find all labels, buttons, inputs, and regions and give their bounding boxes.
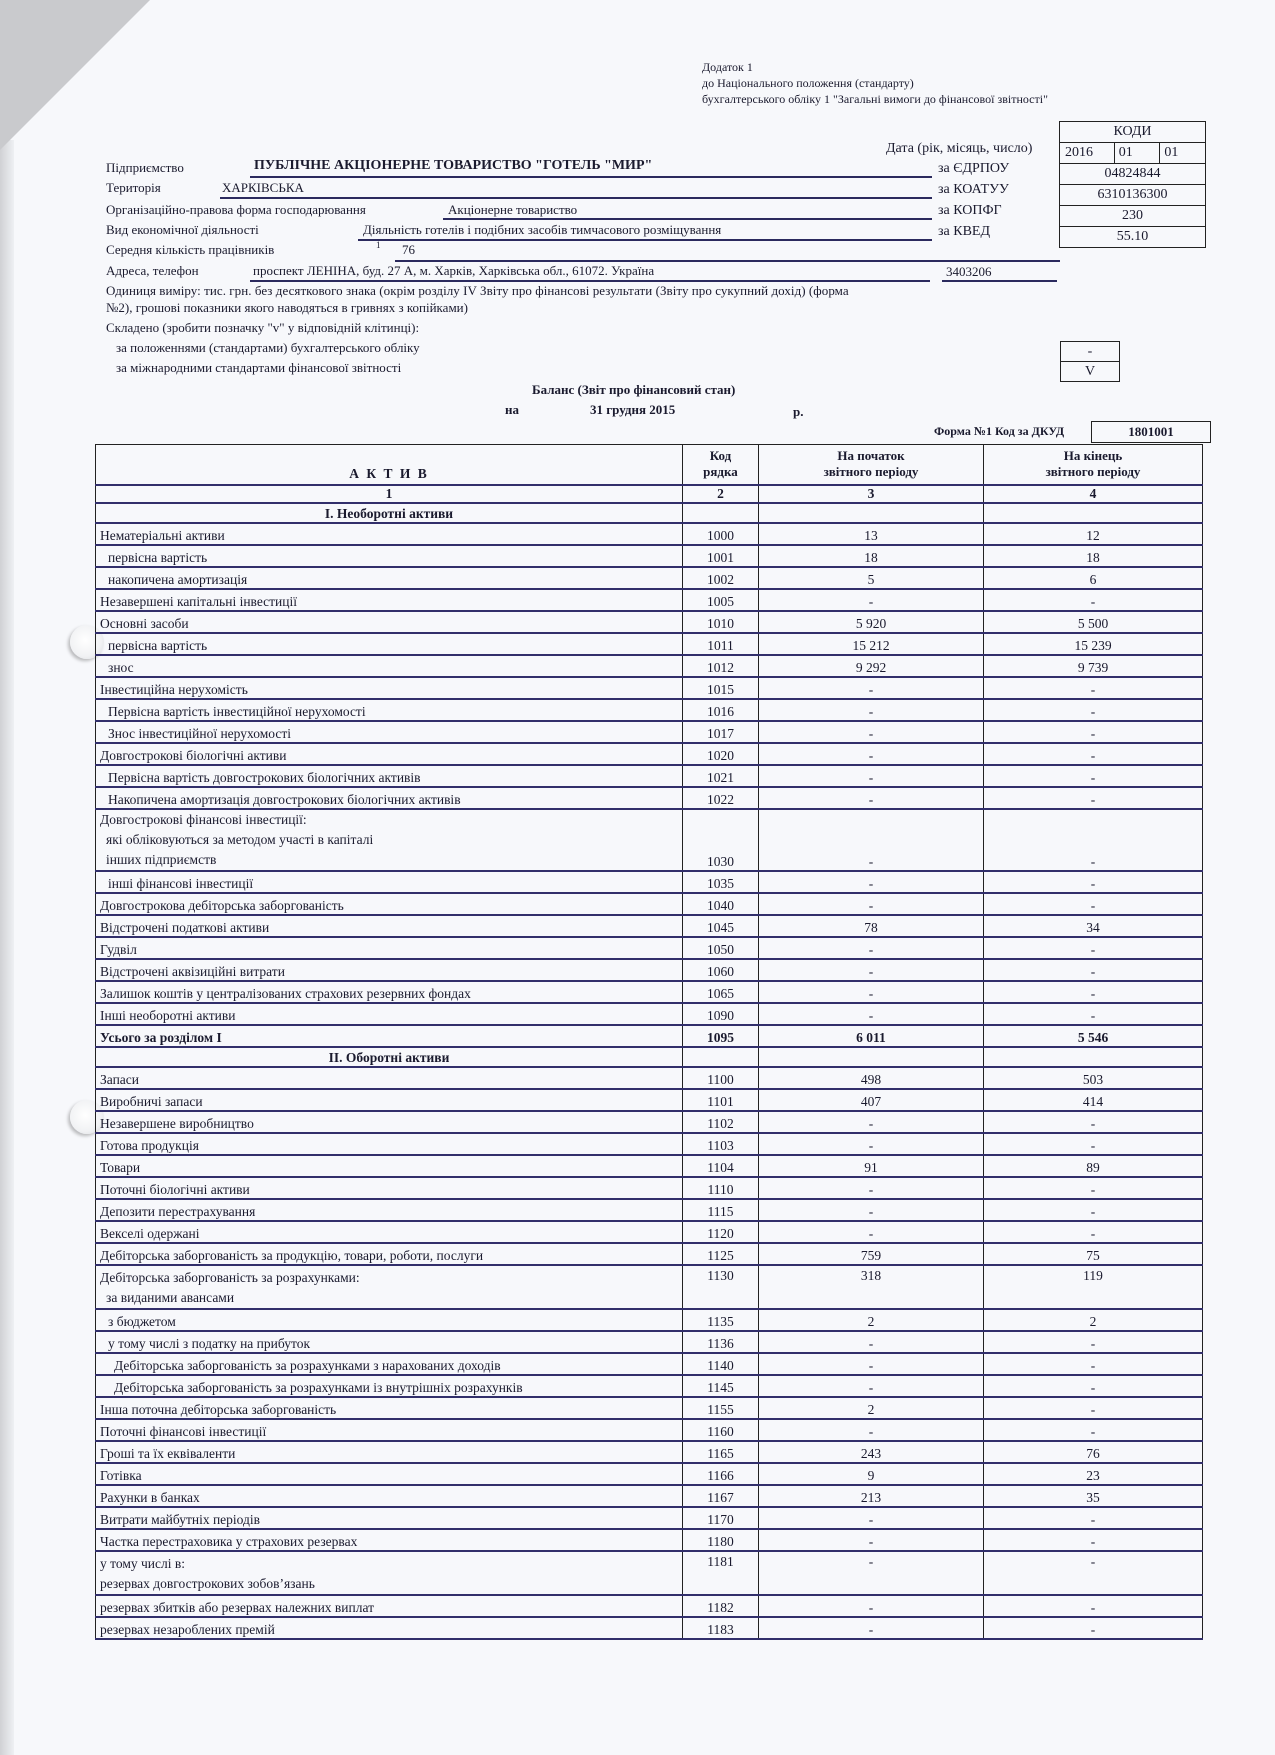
- row-code: 1183: [683, 1617, 759, 1639]
- table-row: Готівка1166923: [96, 1463, 1203, 1485]
- start-value: 5: [759, 567, 984, 589]
- row-label: Довгострокові біологічні активи: [96, 743, 683, 765]
- end-value: 34: [984, 915, 1203, 937]
- col-number-1: 1: [96, 485, 683, 503]
- balance-table-body: І. Необоротні активиНематеріальні активи…: [96, 503, 1203, 1639]
- table-row: Інша поточна дебіторська заборгованість1…: [96, 1397, 1203, 1419]
- legal-form-underline: [443, 218, 932, 220]
- row-label: первісна вартість: [96, 633, 683, 655]
- legal-form-label: Організаційно-правова форма господарюван…: [106, 202, 366, 218]
- table-row: Первісна вартість інвестиційної нерухомо…: [96, 699, 1203, 721]
- table-row: Усього за розділом І10956 0115 546: [96, 1025, 1203, 1047]
- territory-underline: [220, 197, 932, 199]
- end-value: -: [984, 1397, 1203, 1419]
- koatuu-code: 6310136300: [1060, 185, 1205, 205]
- table-row: Дебіторська заборгованість за розрахунка…: [96, 1265, 1203, 1309]
- start-value: -: [759, 1221, 984, 1243]
- start-value: -: [759, 1331, 984, 1353]
- table-row: Готова продукція1103--: [96, 1133, 1203, 1155]
- territory-value: ХАРКІВСЬКА: [222, 180, 304, 196]
- table-row: Виробничі запаси1101407414: [96, 1089, 1203, 1111]
- start-value: -: [759, 1595, 984, 1617]
- col-header-code-l1: Код: [687, 448, 754, 464]
- table-row: у тому числі в:резервах довгострокових з…: [96, 1551, 1203, 1595]
- start-value: -: [759, 1353, 984, 1375]
- row-code: 1050: [683, 937, 759, 959]
- table-row: знос10129 2929 739: [96, 655, 1203, 677]
- row-label: Готова продукція: [96, 1133, 683, 1155]
- row-label: Усього за розділом І: [96, 1025, 683, 1047]
- row-code: 1110: [683, 1177, 759, 1199]
- row-label: Дебіторська заборгованість за розрахунка…: [96, 1375, 683, 1397]
- table-row: Дебіторська заборгованість за розрахунка…: [96, 1353, 1203, 1375]
- report-date-on: на: [505, 402, 519, 418]
- start-value: -: [759, 1133, 984, 1155]
- table-row: Витрати майбутніх періодів1170--: [96, 1507, 1203, 1529]
- end-value: 76: [984, 1441, 1203, 1463]
- row-code: 1136: [683, 1331, 759, 1353]
- address-value: проспект ЛЕНІНА, буд. 27 А, м. Харків, Х…: [253, 263, 654, 279]
- row-label: Знос інвестиційної нерухомості: [96, 721, 683, 743]
- row-label: накопичена амортизація: [96, 567, 683, 589]
- compiled-option-ifrs: за міжнародними стандартами фінансової з…: [116, 360, 401, 376]
- report-year-suffix: р.: [793, 404, 803, 420]
- row-code: 1035: [683, 871, 759, 893]
- table-row: Частка перестраховика у страхових резерв…: [96, 1529, 1203, 1551]
- row-code: 1021: [683, 765, 759, 787]
- end-value: -: [984, 937, 1203, 959]
- start-value: 78: [759, 915, 984, 937]
- row-code: 1011: [683, 633, 759, 655]
- units-line-1: Одиниця виміру: тис. грн. без десятковог…: [106, 283, 849, 299]
- enterprise-label: Підприємство: [106, 160, 184, 176]
- col-header-end-l2: звітного періоду: [988, 464, 1198, 480]
- row-label: Первісна вартість довгострокових біологі…: [96, 765, 683, 787]
- start-value: -: [759, 981, 984, 1003]
- row-label: Дебіторська заборгованість за розрахунка…: [96, 1353, 683, 1375]
- start-value: -: [759, 1419, 984, 1441]
- national-mark-checkbox[interactable]: -: [1061, 342, 1119, 361]
- report-title: Баланс (Звіт про фінансовий стан): [532, 382, 735, 398]
- table-row: Поточні фінансові інвестиції1160--: [96, 1419, 1203, 1441]
- address-label: Адреса, телефон: [106, 263, 199, 279]
- start-value: 759: [759, 1243, 984, 1265]
- date-label: Дата (рік, місяць, число): [886, 141, 1032, 157]
- row-label: Витрати майбутніх періодів: [96, 1507, 683, 1529]
- end-value: -: [984, 721, 1203, 743]
- start-value: 9 292: [759, 655, 984, 677]
- table-row: Дебіторська заборгованість за продукцію,…: [96, 1243, 1203, 1265]
- table-row: Залишок коштів у централізованих страхов…: [96, 981, 1203, 1003]
- table-row: Векселі одержані1120--: [96, 1221, 1203, 1243]
- row-label: Готівка: [96, 1463, 683, 1485]
- col-header-asset: А К Т И В: [96, 445, 683, 485]
- codes-header: КОДИ: [1060, 122, 1205, 142]
- address-underline: [250, 280, 930, 282]
- row-label: резервах збитків або резервах належних в…: [96, 1595, 683, 1617]
- table-row: Незавершене виробництво1102--: [96, 1111, 1203, 1133]
- row-code: 1016: [683, 699, 759, 721]
- row-label: у тому числі в:резервах довгострокових з…: [96, 1551, 683, 1595]
- kved-label: за КВЕД: [938, 224, 990, 240]
- start-value: 9: [759, 1463, 984, 1485]
- start-value: 318: [759, 1265, 984, 1309]
- legal-form-value: Акціонерне товариство: [448, 202, 577, 218]
- end-value: -: [984, 1353, 1203, 1375]
- end-value: 9 739: [984, 655, 1203, 677]
- date-year: 2016: [1060, 143, 1114, 163]
- table-row: Накопичена амортизація довгострокових бі…: [96, 787, 1203, 809]
- table-row: Гроші та їх еквіваленти116524376: [96, 1441, 1203, 1463]
- section-header-row: І. Необоротні активи: [96, 503, 1203, 523]
- row-code: 1166: [683, 1463, 759, 1485]
- end-value: -: [984, 1331, 1203, 1353]
- row-code: 1030: [683, 809, 759, 871]
- employees-value: 76: [402, 242, 415, 258]
- row-label: Накопичена амортизація довгострокових бі…: [96, 787, 683, 809]
- table-row: Знос інвестиційної нерухомості1017--: [96, 721, 1203, 743]
- row-code: 1017: [683, 721, 759, 743]
- table-row: Гудвіл1050--: [96, 937, 1203, 959]
- units-line-2: №2), грошові показники якого наводяться …: [106, 300, 468, 316]
- end-value: 503: [984, 1067, 1203, 1089]
- compiled-label: Складено (зробити позначку "v" у відпові…: [106, 320, 419, 336]
- row-label-line: у тому числі в:: [100, 1554, 678, 1574]
- start-value: 5 920: [759, 611, 984, 633]
- table-row: Депозити перестрахування1115--: [96, 1199, 1203, 1221]
- row-code: 1182: [683, 1595, 759, 1617]
- table-row: з бюджетом113522: [96, 1309, 1203, 1331]
- end-value: -: [984, 677, 1203, 699]
- table-row: Довгострокова дебіторська заборгованість…: [96, 893, 1203, 915]
- row-label-line: які обліковуються за методом участі в ка…: [100, 830, 678, 850]
- end-value: -: [984, 787, 1203, 809]
- end-value: 75: [984, 1243, 1203, 1265]
- end-value: -: [984, 809, 1203, 871]
- activity-underline: [358, 239, 932, 241]
- table-row: інші фінансові інвестиції1035--: [96, 871, 1203, 893]
- end-value: 35: [984, 1485, 1203, 1507]
- table-row: первісна вартість10011818: [96, 545, 1203, 567]
- row-label: з бюджетом: [96, 1309, 683, 1331]
- row-code: 1102: [683, 1111, 759, 1133]
- start-value: -: [759, 937, 984, 959]
- start-value: 13: [759, 523, 984, 545]
- col-header-start-l2: звітного періоду: [763, 464, 979, 480]
- folded-corner: [0, 0, 150, 150]
- row-label: Товари: [96, 1155, 683, 1177]
- row-code: 1167: [683, 1485, 759, 1507]
- end-value: 12: [984, 523, 1203, 545]
- row-label-line: Довгострокові фінансові інвестиції:: [100, 810, 678, 830]
- row-label: Довгострокова дебіторська заборгованість: [96, 893, 683, 915]
- row-code: 1010: [683, 611, 759, 633]
- start-value: -: [759, 893, 984, 915]
- empty-cell: [759, 1047, 984, 1067]
- row-label: Дебіторська заборгованість за продукцію,…: [96, 1243, 683, 1265]
- kopfg-code: 230: [1060, 206, 1205, 226]
- start-value: 498: [759, 1067, 984, 1089]
- date-day: 01: [1159, 143, 1205, 163]
- end-value: 15 239: [984, 633, 1203, 655]
- row-code: 1022: [683, 787, 759, 809]
- row-label: Залишок коштів у централізованих страхов…: [96, 981, 683, 1003]
- annex-line-3: бухгалтерського обліку 1 "Загальні вимог…: [702, 92, 1048, 107]
- section-header-row: ІІ. Оборотні активи: [96, 1047, 1203, 1067]
- start-value: 18: [759, 545, 984, 567]
- employees-underline: [395, 260, 1060, 262]
- row-label: Основні засоби: [96, 611, 683, 633]
- col-header-end: На кінець звітного періоду: [984, 445, 1203, 485]
- row-code: 1101: [683, 1089, 759, 1111]
- end-value: -: [984, 1375, 1203, 1397]
- col-header-code: Код рядка: [683, 445, 759, 485]
- col-number-row: 1 2 3 4: [96, 485, 1203, 503]
- start-value: -: [759, 589, 984, 611]
- row-code: 1180: [683, 1529, 759, 1551]
- table-row: Інвестиційна нерухомість1015--: [96, 677, 1203, 699]
- col-number-3: 3: [759, 485, 984, 503]
- row-label: інші фінансові інвестиції: [96, 871, 683, 893]
- page-edge-shadow: [0, 140, 14, 1755]
- row-label: знос: [96, 655, 683, 677]
- start-value: 15 212: [759, 633, 984, 655]
- start-value: -: [759, 1507, 984, 1529]
- end-value: -: [984, 1419, 1203, 1441]
- row-code: 1160: [683, 1419, 759, 1441]
- empty-cell: [984, 1047, 1203, 1067]
- end-value: -: [984, 1177, 1203, 1199]
- end-value: -: [984, 981, 1203, 1003]
- territory-label: Територія: [106, 180, 161, 196]
- row-label: Відстрочені аквізиційні витрати: [96, 959, 683, 981]
- section-title: І. Необоротні активи: [96, 503, 683, 523]
- end-value: 119: [984, 1265, 1203, 1309]
- table-row: Поточні біологічні активи1110--: [96, 1177, 1203, 1199]
- start-value: -: [759, 959, 984, 981]
- row-label-line: Дебіторська заборгованість за розрахунка…: [100, 1268, 678, 1288]
- table-header-row: А К Т И В Код рядка На початок звітного …: [96, 445, 1203, 485]
- row-label: Гроші та їх еквіваленти: [96, 1441, 683, 1463]
- table-row: Товари11049189: [96, 1155, 1203, 1177]
- start-value: -: [759, 1177, 984, 1199]
- start-value: -: [759, 1003, 984, 1025]
- enterprise-underline: [250, 176, 932, 178]
- row-label: Рахунки в банках: [96, 1485, 683, 1507]
- col-header-start-l1: На початок: [763, 448, 979, 464]
- end-value: -: [984, 765, 1203, 787]
- table-row: Первісна вартість довгострокових біологі…: [96, 765, 1203, 787]
- row-label: Частка перестраховика у страхових резерв…: [96, 1529, 683, 1551]
- col-header-start: На початок звітного періоду: [759, 445, 984, 485]
- end-value: -: [984, 1133, 1203, 1155]
- row-code: 1095: [683, 1025, 759, 1047]
- end-value: -: [984, 1529, 1203, 1551]
- phone-value: 3403206: [946, 264, 992, 280]
- start-value: -: [759, 743, 984, 765]
- row-label: Незавершене виробництво: [96, 1111, 683, 1133]
- row-code: 1165: [683, 1441, 759, 1463]
- col-number-2: 2: [683, 485, 759, 503]
- row-code: 1181: [683, 1551, 759, 1595]
- end-value: 5 546: [984, 1025, 1203, 1047]
- ifrs-mark-checkbox[interactable]: V: [1061, 361, 1119, 381]
- table-row: Довгострокові фінансові інвестиції:які о…: [96, 809, 1203, 871]
- balance-table: А К Т И В Код рядка На початок звітного …: [95, 444, 1203, 1640]
- section-title: ІІ. Оборотні активи: [96, 1047, 683, 1067]
- row-code: 1020: [683, 743, 759, 765]
- row-label-line: за виданими авансами: [100, 1288, 678, 1308]
- row-label: Поточні фінансові інвестиції: [96, 1419, 683, 1441]
- table-row: Рахунки в банках116721335: [96, 1485, 1203, 1507]
- row-label: Виробничі запаси: [96, 1089, 683, 1111]
- end-value: -: [984, 1551, 1203, 1595]
- start-value: -: [759, 1375, 984, 1397]
- end-value: -: [984, 893, 1203, 915]
- table-row: Нематеріальні активи10001312: [96, 523, 1203, 545]
- row-label: у тому числі з податку на прибуток: [96, 1331, 683, 1353]
- row-label: Дебіторська заборгованість за розрахунка…: [96, 1265, 683, 1309]
- table-row: Незавершені капітальні інвестиції1005--: [96, 589, 1203, 611]
- start-value: -: [759, 721, 984, 743]
- start-value: -: [759, 871, 984, 893]
- employees-label: Середня кількість працівників: [106, 242, 274, 258]
- table-row: накопичена амортизація100256: [96, 567, 1203, 589]
- row-code: 1125: [683, 1243, 759, 1265]
- row-label: Незавершені капітальні інвестиції: [96, 589, 683, 611]
- table-row: Довгострокові біологічні активи1020--: [96, 743, 1203, 765]
- codes-box: КОДИ 2016 01 01 04824844 6310136300 230 …: [1059, 121, 1206, 248]
- end-value: 2: [984, 1309, 1203, 1331]
- row-code: 1065: [683, 981, 759, 1003]
- row-code: 1012: [683, 655, 759, 677]
- start-value: -: [759, 1617, 984, 1639]
- compiled-option-national: за положеннями (стандартами) бухгалтерсь…: [116, 340, 420, 356]
- table-row: Запаси1100498503: [96, 1067, 1203, 1089]
- end-value: -: [984, 871, 1203, 893]
- row-code: 1103: [683, 1133, 759, 1155]
- annex-line-1: Додаток 1: [702, 60, 753, 75]
- empty-cell: [984, 503, 1203, 523]
- row-label: Гудвіл: [96, 937, 683, 959]
- start-value: -: [759, 1199, 984, 1221]
- end-value: -: [984, 1507, 1203, 1529]
- start-value: -: [759, 699, 984, 721]
- row-code: 1115: [683, 1199, 759, 1221]
- row-code: 1104: [683, 1155, 759, 1177]
- end-value: -: [984, 1003, 1203, 1025]
- end-value: -: [984, 1111, 1203, 1133]
- row-label: первісна вартість: [96, 545, 683, 567]
- table-row: Відстрочені аквізиційні витрати1060--: [96, 959, 1203, 981]
- end-value: -: [984, 1221, 1203, 1243]
- table-row: Основні засоби10105 9205 500: [96, 611, 1203, 633]
- end-value: 5 500: [984, 611, 1203, 633]
- koatuu-label: за КОАТУУ: [938, 182, 1009, 198]
- table-row: резервах збитків або резервах належних в…: [96, 1595, 1203, 1617]
- start-value: -: [759, 1551, 984, 1595]
- form-code-box: 1801001: [1091, 421, 1211, 443]
- employees-mark: 1: [376, 240, 381, 250]
- row-label: Первісна вартість інвестиційної нерухомо…: [96, 699, 683, 721]
- end-value: 18: [984, 545, 1203, 567]
- form-code-label: Форма №1 Код за ДКУД: [934, 424, 1064, 439]
- kved-code: 55.10: [1060, 227, 1205, 247]
- row-label: Поточні біологічні активи: [96, 1177, 683, 1199]
- row-code: 1140: [683, 1353, 759, 1375]
- enterprise-name: ПУБЛІЧНЕ АКЦІОНЕРНЕ ТОВАРИСТВО "ГОТЕЛЬ "…: [254, 158, 652, 174]
- end-value: -: [984, 1617, 1203, 1639]
- table-row: Дебіторська заборгованість за розрахунка…: [96, 1375, 1203, 1397]
- start-value: -: [759, 1529, 984, 1551]
- start-value: 407: [759, 1089, 984, 1111]
- row-code: 1145: [683, 1375, 759, 1397]
- date-month: 01: [1114, 143, 1160, 163]
- edrpou-label: за ЄДРПОУ: [938, 161, 1009, 177]
- end-value: 89: [984, 1155, 1203, 1177]
- row-label: Векселі одержані: [96, 1221, 683, 1243]
- start-value: 91: [759, 1155, 984, 1177]
- end-value: -: [984, 1199, 1203, 1221]
- start-value: -: [759, 787, 984, 809]
- row-label: Довгострокові фінансові інвестиції:які о…: [96, 809, 683, 871]
- row-code: 1170: [683, 1507, 759, 1529]
- start-value: -: [759, 677, 984, 699]
- row-code: 1090: [683, 1003, 759, 1025]
- row-code: 1120: [683, 1221, 759, 1243]
- edrpou-code: 04824844: [1060, 164, 1205, 184]
- start-value: 2: [759, 1309, 984, 1331]
- start-value: 213: [759, 1485, 984, 1507]
- row-code: 1100: [683, 1067, 759, 1089]
- empty-cell: [759, 503, 984, 523]
- end-value: -: [984, 743, 1203, 765]
- table-row: у тому числі з податку на прибуток1136--: [96, 1331, 1203, 1353]
- row-label: Нематеріальні активи: [96, 523, 683, 545]
- activity-value: Діяльність готелів і подібних засобів ти…: [363, 222, 721, 238]
- compiled-mark-box: - V: [1060, 341, 1120, 382]
- phone-underline: [942, 280, 1057, 282]
- start-value: -: [759, 1111, 984, 1133]
- annex-line-2: до Національного положення (стандарту): [702, 76, 914, 91]
- end-value: -: [984, 1595, 1203, 1617]
- row-label: Інвестиційна нерухомість: [96, 677, 683, 699]
- row-code: 1002: [683, 567, 759, 589]
- row-label: Інша поточна дебіторська заборгованість: [96, 1397, 683, 1419]
- row-label: резервах незароблених премій: [96, 1617, 683, 1639]
- activity-label: Вид економічної діяльності: [106, 222, 259, 238]
- start-value: -: [759, 765, 984, 787]
- start-value: 243: [759, 1441, 984, 1463]
- row-label: Інші необоротні активи: [96, 1003, 683, 1025]
- report-date: 31 грудня 2015: [590, 402, 675, 418]
- table-row: Відстрочені податкові активи10457834: [96, 915, 1203, 937]
- row-code: 1005: [683, 589, 759, 611]
- start-value: 2: [759, 1397, 984, 1419]
- row-label: Запаси: [96, 1067, 683, 1089]
- kopfg-label: за КОПФГ: [938, 203, 1002, 219]
- row-code: 1000: [683, 523, 759, 545]
- row-label-line: резервах довгострокових зобов’язань: [100, 1574, 678, 1594]
- row-code: 1001: [683, 545, 759, 567]
- row-code: 1155: [683, 1397, 759, 1419]
- row-label: Депозити перестрахування: [96, 1199, 683, 1221]
- end-value: 23: [984, 1463, 1203, 1485]
- col-header-end-l1: На кінець: [988, 448, 1198, 464]
- end-value: -: [984, 589, 1203, 611]
- empty-cell: [683, 1047, 759, 1067]
- end-value: -: [984, 699, 1203, 721]
